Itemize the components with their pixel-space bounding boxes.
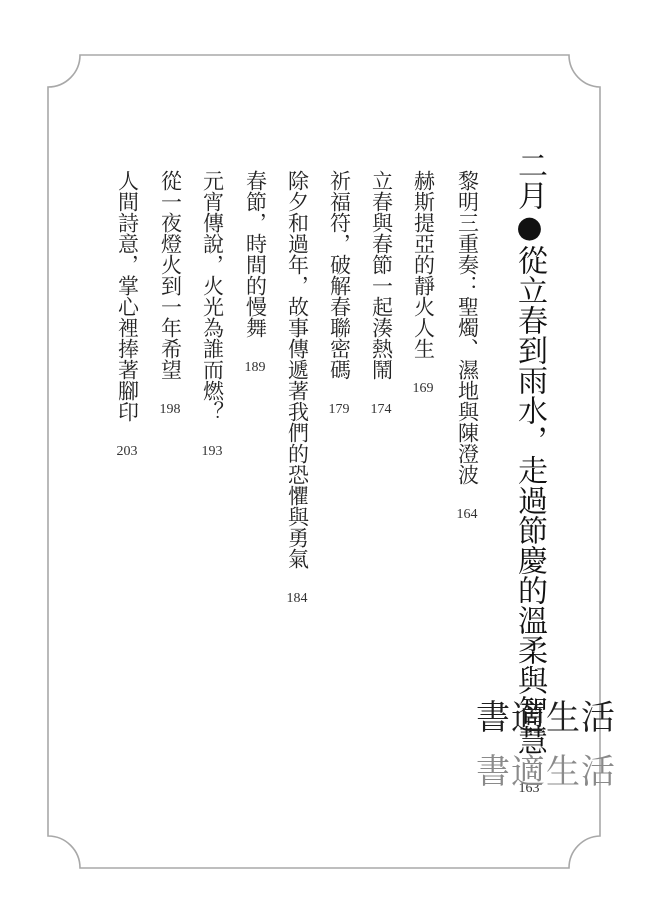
toc-entry-page: 203 xyxy=(117,444,138,460)
toc-entry-title: 黎明三重奏：聖燭、濕地與陳澄波 xyxy=(457,170,478,485)
toc-entry-title: 除夕和過年，故事傳遞著我們的恐懼與勇氣 xyxy=(287,170,308,569)
toc-entry[interactable]: 人間詩意，掌心裡捧著腳印 203 xyxy=(113,170,141,460)
toc-entry-page: 164 xyxy=(457,507,478,523)
watermark-primary: 書適生活 xyxy=(476,690,616,739)
toc-entry-page: 179 xyxy=(329,402,350,418)
toc-entry[interactable]: 赫斯提亞的靜火人生 169 xyxy=(409,170,437,397)
toc-entry-title: 祈福符，破解春聯密碼 xyxy=(329,170,350,380)
toc-entry-page: 189 xyxy=(245,360,266,376)
toc-entry-title: 人間詩意，掌心裡捧著腳印 xyxy=(117,170,138,422)
toc-entry-page: 198 xyxy=(160,402,181,418)
toc-entry[interactable]: 春節，時間的慢舞 189 xyxy=(241,170,269,376)
toc-entry-page: 193 xyxy=(202,444,223,460)
toc-entry-title: 立春與春節一起湊熱鬧 xyxy=(371,170,392,380)
toc-entry-page: 169 xyxy=(413,381,434,397)
toc-entry-page: 174 xyxy=(371,402,392,418)
toc-entry[interactable]: 立春與春節一起湊熱鬧 174 xyxy=(367,170,395,418)
toc-entry-title: 從一夜燈火到一年希望 xyxy=(160,170,181,380)
toc-entry[interactable]: 黎明三重奏：聖燭、濕地與陳澄波 164 xyxy=(453,170,481,523)
toc-entry-title: 赫斯提亞的靜火人生 xyxy=(413,170,434,359)
chapter-title: 二月●從立春到雨水，走過節慶的溫柔與智慧 xyxy=(514,150,544,755)
watermark-secondary: 書適生活 xyxy=(476,744,616,793)
toc-entry[interactable]: 元宵傳說，火光為誰而燃？ 193 xyxy=(198,170,226,460)
toc-entry[interactable]: 從一夜燈火到一年希望 198 xyxy=(156,170,184,418)
toc-entry-page: 184 xyxy=(287,591,308,607)
toc-entry-title: 元宵傳說，火光為誰而燃？ xyxy=(202,170,223,422)
toc-entry[interactable]: 除夕和過年，故事傳遞著我們的恐懼與勇氣 184 xyxy=(283,170,311,607)
toc-entry-title: 春節，時間的慢舞 xyxy=(245,170,266,338)
toc-entry[interactable]: 祈福符，破解春聯密碼 179 xyxy=(325,170,353,418)
